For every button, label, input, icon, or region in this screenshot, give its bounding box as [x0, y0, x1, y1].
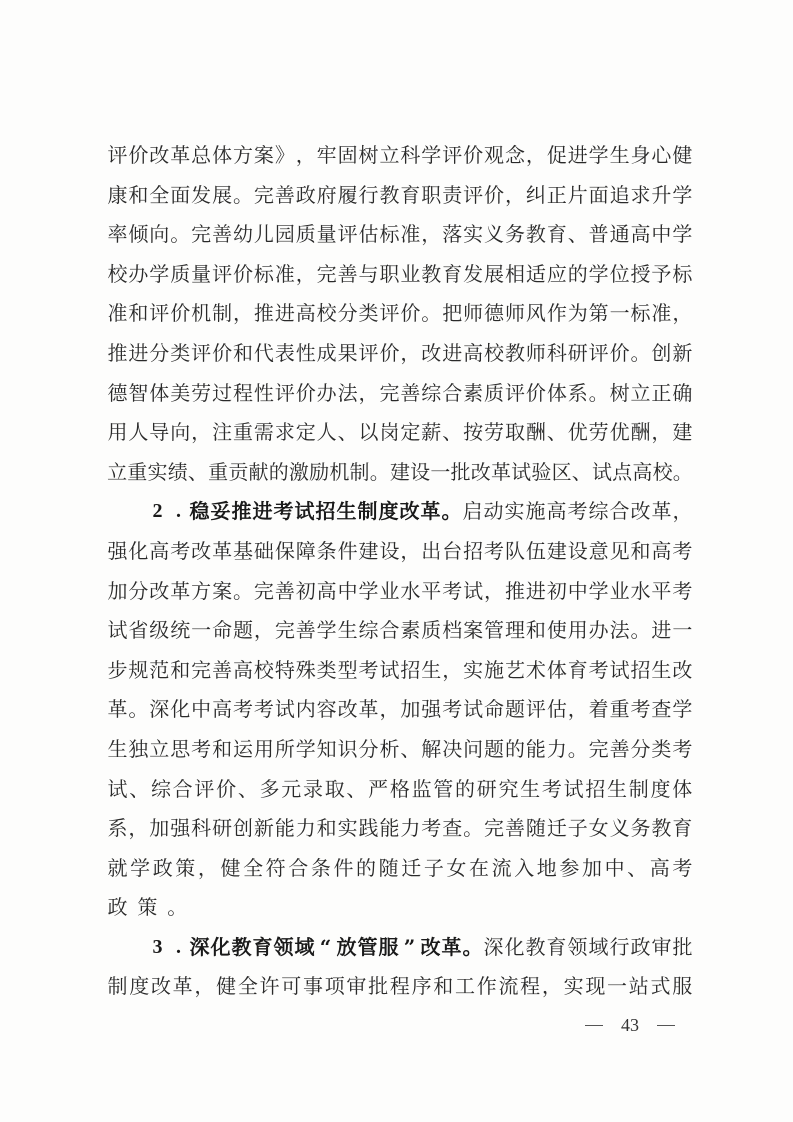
text-line: 试、综合评价、多元录取、严格监管的研究生考试招生制度体	[107, 770, 693, 810]
text-line: 康和全面发展。完善政府履行教育职责评价，纠正片面追求升学	[107, 176, 693, 216]
document-page: 评价改革总体方案》，牢固树立科学评价观念，促进学生身心健 康和全面发展。完善政府…	[0, 0, 793, 1122]
text-line: 推进分类评价和代表性成果评价，改进高校教师科研评价。创新	[107, 334, 693, 374]
paragraph-3: 3.深化教育领域“放管服”改革。 深化教育领域行政审批 制度改革，健全许可事项审…	[107, 928, 693, 1007]
text-line: 政策。	[107, 888, 693, 928]
dash-right	[657, 1025, 675, 1026]
section-heading-line: 3.深化教育领域“放管服”改革。 深化教育领域行政审批	[107, 928, 693, 968]
paragraph-1: 评价改革总体方案》，牢固树立科学评价观念，促进学生身心健 康和全面发展。完善政府…	[107, 136, 693, 492]
text-line: 制度改革，健全许可事项审批程序和工作流程，实现一站式服	[107, 967, 693, 1007]
text-line: 加分改革方案。完善初高中学业水平考试，推进初中学业水平考	[107, 572, 693, 612]
text-line: 就学政策，健全符合条件的随迁子女在流入地参加中、高考	[107, 849, 693, 889]
text-line: 评价改革总体方案》，牢固树立科学评价观念，促进学生身心健	[107, 136, 693, 176]
document-body: 评价改革总体方案》，牢固树立科学评价观念，促进学生身心健 康和全面发展。完善政府…	[107, 136, 693, 1007]
page-number: 43	[585, 1012, 675, 1038]
text-line: 系，加强科研创新能力和实践能力考查。完善随迁子女义务教育	[107, 809, 693, 849]
text-line: 校办学质量评价标准，完善与职业教育发展相适应的学位授予标	[107, 255, 693, 295]
text-line: 试省级统一命题，完善学生综合素质档案管理和使用办法。进一	[107, 611, 693, 651]
text-line: 德智体美劳过程性评价办法，完善综合素质评价体系。树立正确	[107, 374, 693, 414]
text-line: 用人导向，注重需求定人、以岗定薪、按劳取酬、优劳优酬，建	[107, 413, 693, 453]
text-line: 革。深化中高考考试内容改革，加强考试命题评估，着重考查学	[107, 690, 693, 730]
paragraph-2: 2.稳妥推进考试招生制度改革。 启动实施高考综合改革， 强化高考改革基础保障条件…	[107, 492, 693, 928]
dash-left	[585, 1025, 603, 1026]
section-heading-line: 2.稳妥推进考试招生制度改革。 启动实施高考综合改革，	[107, 492, 693, 532]
text-line: 强化高考改革基础保障条件建设，出台招考队伍建设意见和高考	[107, 532, 693, 572]
text-line: 步规范和完善高校特殊类型考试招生，实施艺术体育考试招生改	[107, 651, 693, 691]
text-line: 率倾向。完善幼儿园质量评估标准，落实义务教育、普通高中学	[107, 215, 693, 255]
page-number-value: 43	[621, 1015, 639, 1036]
text-line: 准和评价机制，推进高校分类评价。把师德师风作为第一标准，	[107, 294, 693, 334]
text-line: 生独立思考和运用所学知识分析、解决问题的能力。完善分类考	[107, 730, 693, 770]
text-line: 立重实绩、重贡献的激励机制。建设一批改革试验区、试点高校。	[107, 453, 693, 493]
